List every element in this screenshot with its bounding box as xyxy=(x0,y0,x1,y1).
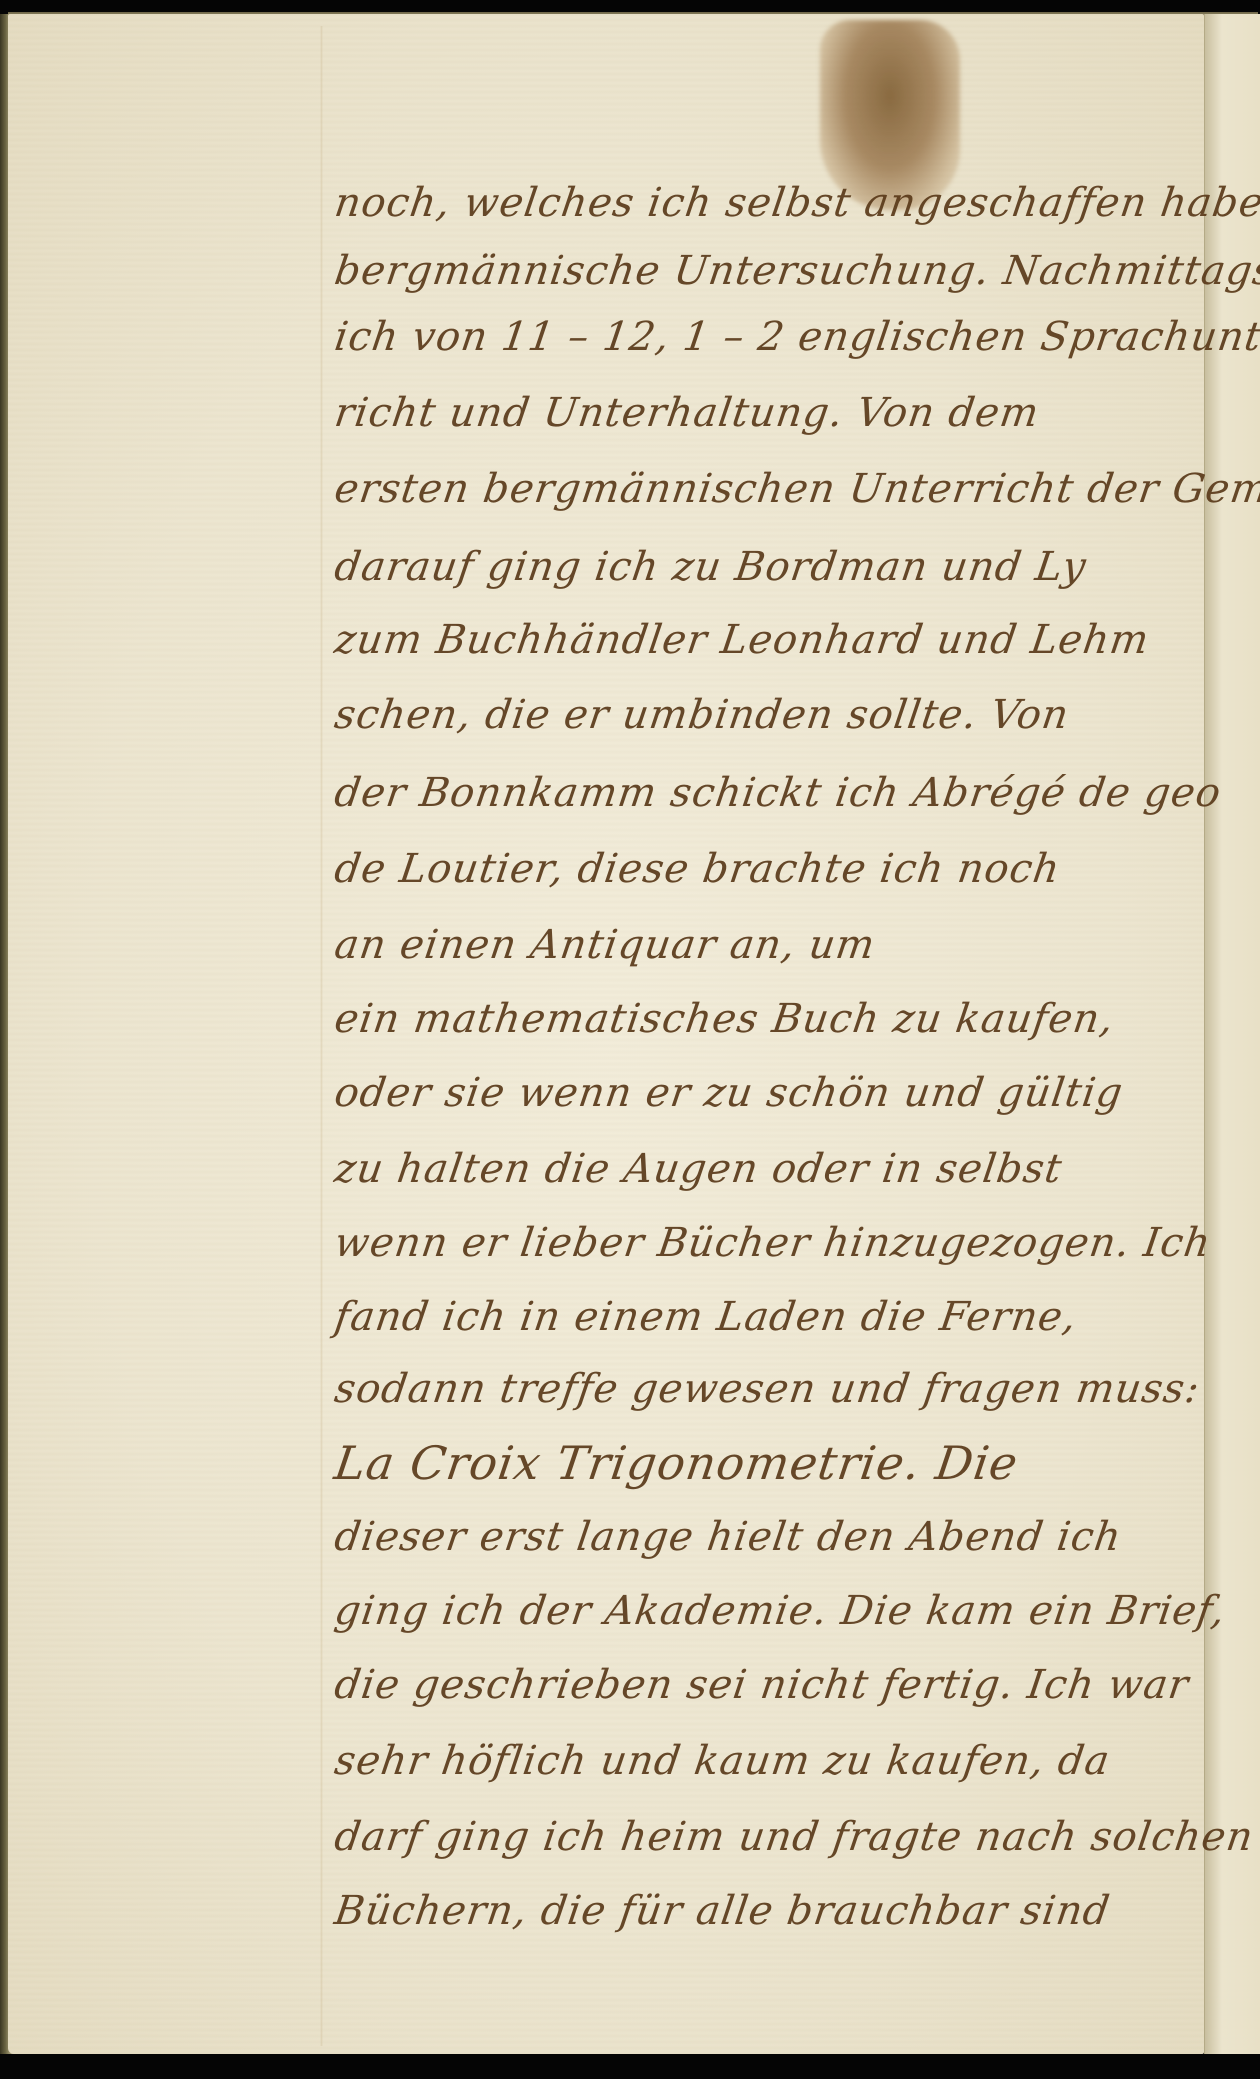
handwritten-line: dieser erst lange hielt den Abend ich xyxy=(332,1514,1125,1560)
handwritten-line: ging ich der Akademie. Die kam ein Brief… xyxy=(332,1588,1229,1634)
handwritten-line: sehr höflich und kaum zu kaufen, da xyxy=(332,1738,1113,1784)
handwritten-line: ersten bergmännischen Unterricht der Gem… xyxy=(332,466,1260,512)
paper-fold-line xyxy=(320,26,323,2046)
handwritten-line: darf ging ich heim und fragte nach solch… xyxy=(332,1814,1257,1860)
handwritten-line: ich von 11 – 12, 1 – 2 englischen Sprach… xyxy=(332,314,1260,360)
handwritten-line: wenn er lieber Bücher hinzugezogen. Ich xyxy=(332,1220,1214,1266)
handwritten-line: darauf ging ich zu Bordman und Ly xyxy=(332,544,1090,590)
handwritten-line: noch, welches ich selbst angeschaffen ha… xyxy=(332,180,1260,226)
handwritten-line: richt und Unterhaltung. Von dem xyxy=(332,390,1043,436)
handwritten-line: zum Buchhändler Leonhard und Lehm xyxy=(332,617,1152,663)
handwritten-line: schen, die er umbinden sollte. Von xyxy=(332,692,1072,738)
handwritten-line: fand ich in einem Laden die Ferne, xyxy=(332,1294,1080,1340)
handwritten-line: bergmännische Untersuchung. Nachmittags … xyxy=(332,248,1260,294)
handwritten-line: sodann treffe gewesen und fragen muss: xyxy=(332,1366,1203,1412)
handwritten-line: zu halten die Augen oder in selbst xyxy=(332,1146,1065,1192)
handwritten-line: Büchern, die für alle brauchbar sind xyxy=(332,1888,1113,1934)
handwritten-line: der Bonnkamm schickt ich Abrégé de geo xyxy=(332,770,1224,816)
handwritten-line: ein mathematisches Buch zu kaufen, xyxy=(332,996,1117,1042)
handwritten-line: oder sie wenn er zu schön und gültig xyxy=(332,1070,1126,1116)
handwritten-line: an einen Antiquar an, um xyxy=(332,922,878,968)
handwritten-line-title: La Croix Trigonometrie. Die xyxy=(331,1436,1021,1490)
handwritten-line: die geschrieben sei nicht fertig. Ich wa… xyxy=(332,1662,1192,1708)
handwritten-line: de Loutier, diese brachte ich noch xyxy=(332,846,1063,892)
